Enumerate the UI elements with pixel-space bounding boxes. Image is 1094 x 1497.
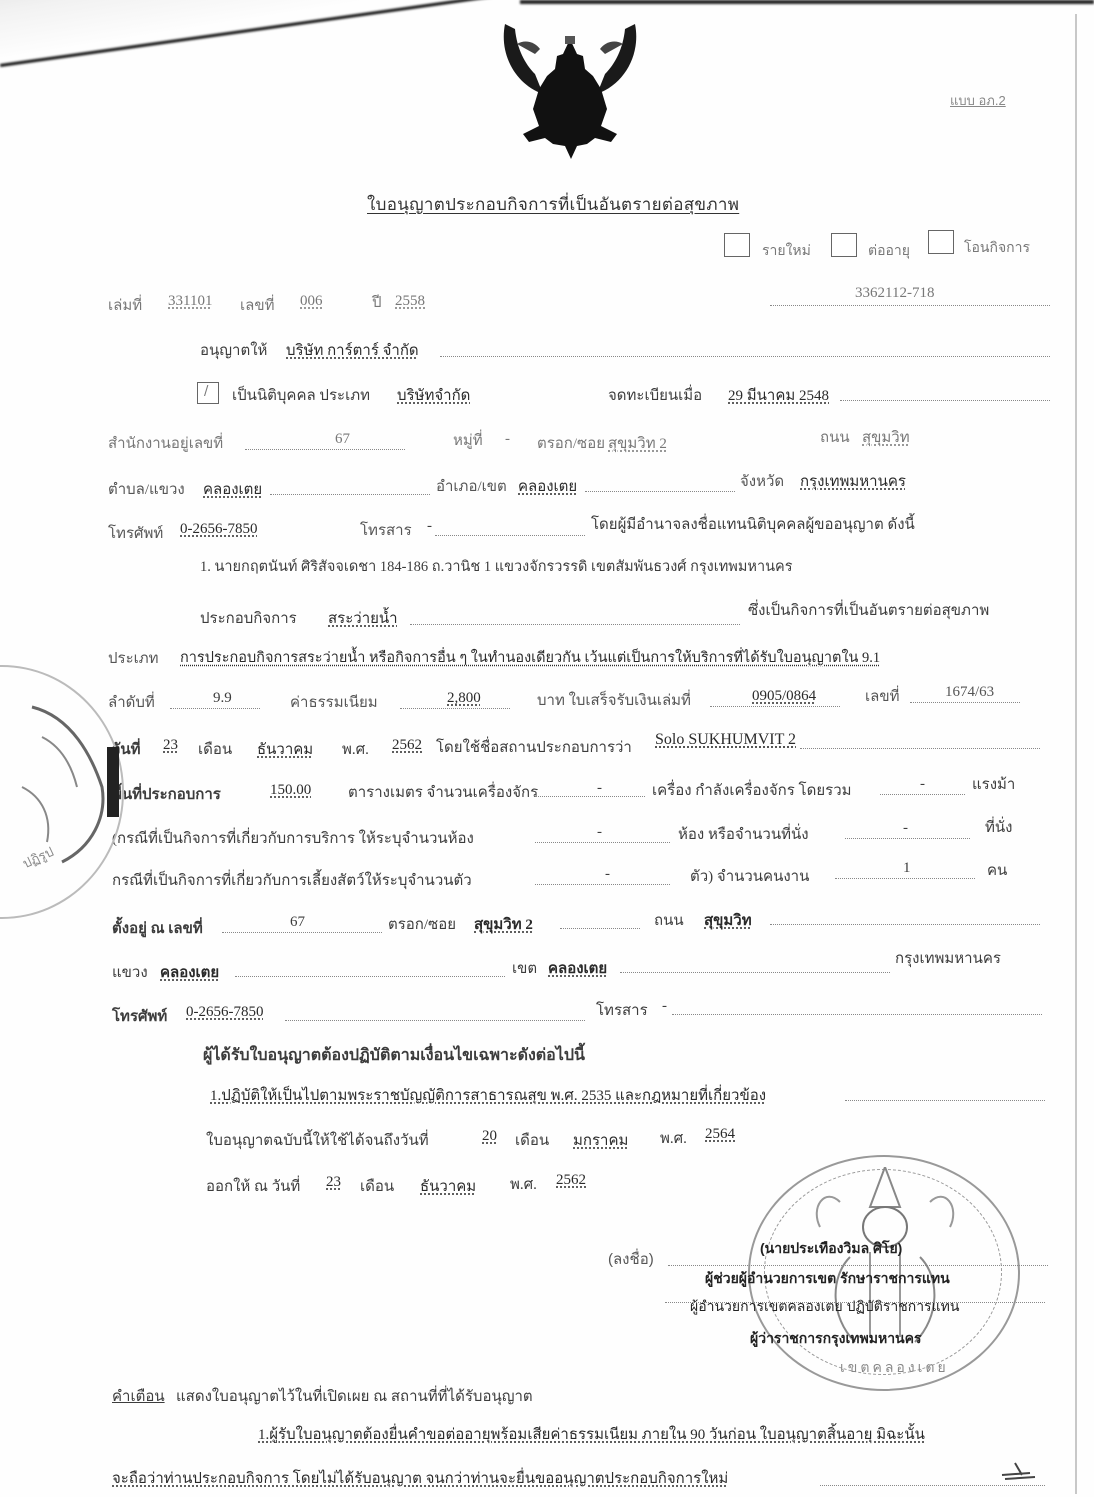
checkbox-transfer[interactable] xyxy=(928,230,954,254)
warning-item-1: 1.ผู้รับใบอนุญาตต้องยื่นคำขอต่ออายุพร้อม… xyxy=(258,1422,925,1446)
office-district: คลองเตย xyxy=(518,474,577,498)
initials-mark-icon xyxy=(1000,1455,1040,1485)
registration-date: 29 มีนาคม 2548 xyxy=(728,383,829,407)
checkbox-renew[interactable] xyxy=(831,233,857,257)
location-phone-label: โทรศัพท์ xyxy=(112,1004,167,1028)
rooms-unit: ห้อง หรือจำนวนที่นั่ง xyxy=(678,822,809,846)
office-moo: - xyxy=(505,431,510,448)
rooms-value: - xyxy=(597,824,602,841)
date-month-label: เดือน xyxy=(198,737,232,761)
rooms-label: (กรณีที่เป็นกิจการที่เกี่ยวกับการบริการ … xyxy=(112,826,474,850)
business-type-label: ประเภท xyxy=(108,646,159,670)
business-type-value: การประกอบกิจการสระว่ายน้ำ หรือกิจการอื่น… xyxy=(180,646,880,669)
validity-label: ใบอนุญาตฉบับนี้ให้ใช้ได้จนถึงวันที่ xyxy=(206,1128,429,1152)
number-value: 006 xyxy=(300,293,323,310)
number-label: เลขที่ xyxy=(240,293,274,317)
location-soi-label: ตรอก/ซอย xyxy=(388,912,456,936)
area-label: พื้นที่ประกอบการ xyxy=(112,782,221,806)
issued-day: 23 xyxy=(326,1174,341,1191)
location-house-no: 67 xyxy=(290,914,305,931)
establishment-name-label: โดยใช้ชื่อสถานประกอบการว่า xyxy=(436,735,632,759)
signatory-position-3: ผู้ว่าราชการกรุงเทพมหานคร xyxy=(750,1328,922,1350)
date-month: ธันวาคม xyxy=(257,737,313,761)
validity-month: มกราคม xyxy=(573,1128,628,1152)
juristic-label: เป็นนิติบุคคล ประเภท xyxy=(232,383,370,407)
warning-label: คำเตือน xyxy=(112,1384,165,1408)
office-soi-label: ตรอก/ซอย xyxy=(537,431,605,455)
office-phone-label: โทรศัพท์ xyxy=(108,521,163,545)
location-subdistrict-label: แขวง xyxy=(112,960,148,984)
document-title: ใบอนุญาตประกอบกิจการที่เป็นอันตรายต่อสุข… xyxy=(367,191,739,218)
office-house-no: 67 xyxy=(335,431,350,448)
license-document: แบบ อภ.2 ใบอนุญาตประกอบกิจการที่เป็นอันต… xyxy=(0,0,1094,1497)
issued-month-label: เดือน xyxy=(360,1174,394,1198)
location-road: สุขุมวิท xyxy=(704,908,752,932)
tax-id: 3362112-718 xyxy=(855,285,934,302)
location-house-no-label: ตั้งอยู่ ณ เลขที่ xyxy=(112,916,203,940)
office-fax-label: โทรสาร xyxy=(360,518,412,542)
office-phone: 0-2656-7850 xyxy=(180,521,258,538)
checkbox-renew-label: ต่ออายุ xyxy=(868,240,910,262)
office-subdistrict: คลองเตย xyxy=(203,477,262,501)
validity-year: 2564 xyxy=(705,1126,735,1143)
horsepower-unit: แรงม้า xyxy=(972,772,1015,796)
year-value: 2558 xyxy=(395,293,425,310)
receipt-no-label: เลขที่ xyxy=(865,684,899,708)
area-value: 150.00 xyxy=(270,782,311,799)
office-moo-label: หมู่ที่ xyxy=(453,428,483,452)
office-road: สุขุมวิท xyxy=(862,425,910,449)
location-district: คลองเตย xyxy=(548,956,607,980)
book-label: เล่มที่ xyxy=(108,293,142,317)
office-soi: สุขุมวิท 2 xyxy=(608,431,667,455)
date-day: 23 xyxy=(163,737,178,754)
horsepower-value: - xyxy=(920,776,925,793)
machines-value: - xyxy=(597,780,602,797)
fee-label: ค่าธรรมเนียม xyxy=(290,690,378,714)
signatory-1: 1. นายกฤตนันท์ ศิริสัจจเดชา 184-186 ถ.วา… xyxy=(200,555,793,578)
issued-year-label: พ.ศ. xyxy=(510,1172,537,1196)
left-seal-icon: ปฏิรูป xyxy=(0,665,124,919)
location-road-label: ถนน xyxy=(654,908,684,932)
signatory-name: (นายประเทืองวิมล ศิโย) xyxy=(760,1238,902,1260)
condition-1: 1.ปฏิบัติให้เป็นไปตามพระราชบัญญัติการสาธ… xyxy=(210,1083,766,1107)
licensee-value: บริษัท การ์ตาร์ จำกัด xyxy=(286,338,419,362)
warning-item-1-cont: จะถือว่าท่านประกอบกิจการ โดยไม่ได้รับอนุ… xyxy=(112,1466,728,1490)
location-phone: 0-2656-7850 xyxy=(186,1004,264,1021)
location-province: กรุงเทพมหานคร xyxy=(895,946,1001,970)
business-label: ประกอบกิจการ xyxy=(200,606,297,630)
signatory-position-1: ผู้ช่วยผู้อำนวยการเขต รักษาราชการแทน xyxy=(705,1268,950,1290)
scan-top-edge xyxy=(520,0,1094,4)
seal-text: เขตคลองเตย xyxy=(840,1357,949,1379)
receipt-no: 1674/63 xyxy=(945,684,994,701)
business-note: ซึ่งเป็นกิจการที่เป็นอันตรายต่อสุขภาพ xyxy=(748,598,989,622)
workers-value: 1 xyxy=(903,860,911,877)
animals-unit: ตัว) จำนวนคนงาน xyxy=(690,864,809,888)
workers-unit: คน xyxy=(987,858,1007,882)
garuda-emblem-icon xyxy=(495,14,645,162)
signatory-position-2: ผู้อำนวยการเขตคลองเตย ปฏิบัติราชการแทน xyxy=(690,1296,959,1318)
area-unit: ตารางเมตร จำนวนเครื่องจักร xyxy=(348,780,538,804)
office-subdistrict-label: ตำบล/แขวง xyxy=(108,477,185,501)
warning-text: แสดงใบอนุญาตไว้ในที่เปิดเผย ณ สถานที่ที่… xyxy=(176,1384,533,1408)
office-road-label: ถนน xyxy=(820,425,850,449)
animals-label: กรณีที่เป็นกิจการที่เกี่ยวกับการเลี้ยงสั… xyxy=(112,868,472,892)
issued-month: ธันวาคม xyxy=(420,1174,476,1198)
form-id: แบบ อภ.2 xyxy=(950,90,1006,111)
seats-value: - xyxy=(903,820,908,837)
location-district-label: เขต xyxy=(512,956,537,980)
business-value: สระว่ายน้ำ xyxy=(328,606,398,630)
issued-year: 2562 xyxy=(556,1172,586,1189)
validity-day: 20 xyxy=(482,1128,497,1145)
signatory-intro: โดยผู้มีอำนาจลงชื่อแทนนิติบุคคลผู้ขออนุญ… xyxy=(591,512,915,536)
checkbox-new-label: รายใหม่ xyxy=(762,240,811,262)
juristic-type: บริษัทจำกัด xyxy=(397,383,470,407)
year-label: ปี xyxy=(372,290,382,314)
seats-unit: ที่นั่ง xyxy=(985,815,1012,839)
sign-label: (ลงชื่อ) xyxy=(608,1247,654,1271)
location-soi: สุขุมวิท 2 xyxy=(474,912,533,936)
issued-label: ออกให้ ณ วันที่ xyxy=(206,1174,300,1198)
order-value: 9.9 xyxy=(213,690,232,707)
checkbox-juristic[interactable]: / xyxy=(197,382,219,404)
location-subdistrict: คลองเตย xyxy=(160,960,219,984)
receipt-book: 0905/0864 xyxy=(752,688,816,705)
fee-value: 2,800 xyxy=(447,690,481,707)
checkbox-transfer-label: โอนกิจการ xyxy=(964,237,1030,259)
check-mark-icon: / xyxy=(204,384,208,399)
office-province-label: จังหวัด xyxy=(740,469,784,493)
machines-unit: เครื่อง กำลังเครื่องจักร โดยรวม xyxy=(652,778,852,802)
date-year: 2562 xyxy=(392,737,422,754)
location-fax: - xyxy=(662,998,667,1015)
conditions-heading: ผู้ได้รับใบอนุญาตต้องปฏิบัติตามเงื่อนไขเ… xyxy=(203,1043,585,1068)
checkbox-new[interactable] xyxy=(724,233,750,257)
receipt-label: บาท ใบเสร็จรับเงินเล่มที่ xyxy=(537,688,691,712)
location-fax-label: โทรสาร xyxy=(596,998,648,1022)
establishment-name: Solo SUKHUMVIT 2 xyxy=(655,731,796,749)
scan-right-edge xyxy=(1075,14,1077,1494)
animals-value: - xyxy=(605,866,610,883)
date-year-label: พ.ศ. xyxy=(342,737,369,761)
office-house-no-label: สำนักงานอยู่เลขที่ xyxy=(108,431,223,455)
validity-year-label: พ.ศ. xyxy=(660,1126,687,1150)
office-fax: - xyxy=(427,518,432,535)
office-district-label: อำเภอ/เขต xyxy=(436,474,507,498)
registration-label: จดทะเบียนเมื่อ xyxy=(608,383,702,407)
book-value: 331101 xyxy=(168,293,212,310)
validity-month-label: เดือน xyxy=(515,1128,549,1152)
licensee-label: อนุญาตให้ xyxy=(200,338,267,362)
office-province: กรุงเทพมหานคร xyxy=(800,469,906,493)
